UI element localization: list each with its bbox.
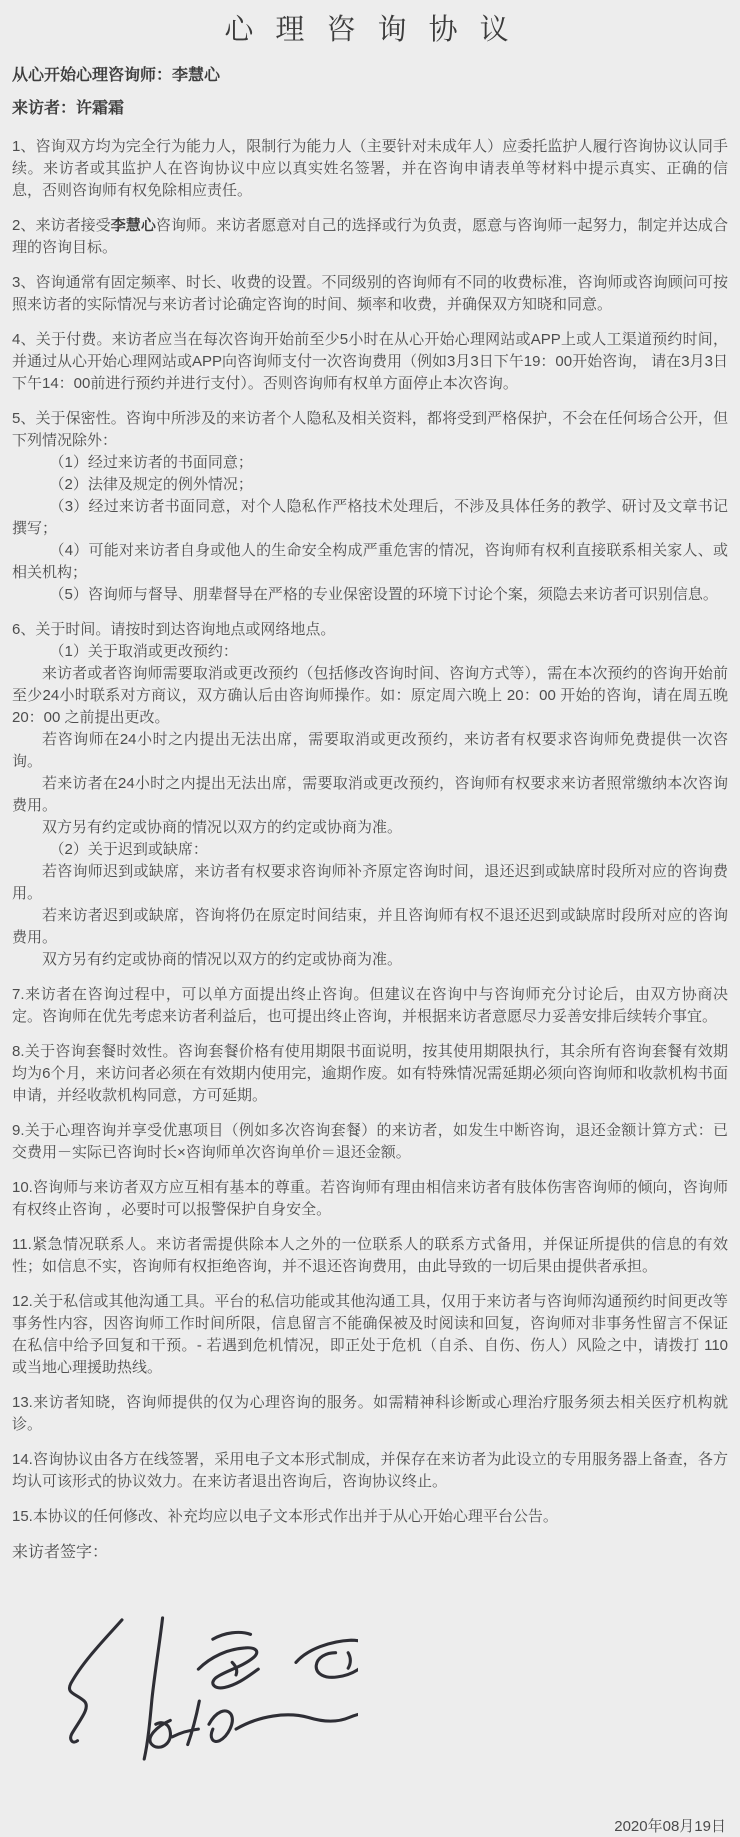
clause-5-item-4: （4）可能对来访者自身或他人的生命安全构成严重危害的情况，咨询师有权利直接联系相… <box>12 540 728 584</box>
counselor-line: 从心开始心理咨询师：李慧心 <box>12 66 728 86</box>
clause-8: 8.关于咨询套餐时效性。咨询套餐价格有使用期限书面说明，按其使用期限执行，其余所… <box>12 1041 728 1107</box>
signature-scribble-icon <box>58 1616 358 1761</box>
clause-10: 10.咨询师与来访者双方应互相有基本的尊重。若咨询师有理由相信来访者有肢体伤害咨… <box>12 1177 728 1221</box>
clause-5-item-2: （2）法律及规定的例外情况； <box>12 474 728 496</box>
clause-6-sub-2-detail-1: 若咨询师迟到或缺席，来访者有权要求咨询师补齐原定咨询时间，退还迟到或缺席时段所对… <box>12 861 728 905</box>
clause-1: 1、咨询双方均为完全行为能力人，限制行为能力人（主要针对未成年人）应委托监护人履… <box>12 136 728 202</box>
clause-6: 6、关于时间。请按时到达咨询地点或网络地点。 （1）关于取消或更改预约： 来访者… <box>12 619 728 971</box>
clause-5: 5、关于保密性。咨询中所涉及的来访者个人隐私及相关资料，都将受到严格保护，不会在… <box>12 408 728 606</box>
clause-5-intro: 5、关于保密性。咨询中所涉及的来访者个人隐私及相关资料，都将受到严格保护，不会在… <box>12 408 728 452</box>
clause-6-sub-1-detail-2: 若咨询师在24小时之内提出无法出席，需要取消或更改预约，来访者有权要求咨询师免费… <box>12 729 728 773</box>
clause-6-sub-2-detail-2: 若来访者迟到或缺席，咨询将仍在原定时间结束，并且咨询师有权不退还迟到或缺席时段所… <box>12 905 728 949</box>
clause-2-text-pre: 2、来访者接受 <box>12 217 111 234</box>
client-signature <box>58 1616 358 1761</box>
client-line: 来访者：许霜霜 <box>12 99 728 119</box>
clause-6-sub-2: （2）关于迟到或缺席： <box>12 839 728 861</box>
clause-7: 7.来访者在咨询过程中，可以单方面提出终止咨询。但建议在咨询中与咨询师充分讨论后… <box>12 984 728 1028</box>
clause-4: 4、关于付费。来访者应当在每次咨询开始前至少5小时在从心开始心理网站或APP上或… <box>12 329 728 395</box>
clause-14: 14.咨询协议由各方在线签署，采用电子文本形式制成，并保存在来访者为此设立的专用… <box>12 1449 728 1493</box>
document-title: 心 理 咨 询 协 议 <box>12 10 728 50</box>
clause-12: 12.关于私信或其他沟通工具。平台的私信功能或其他沟通工具，仅用于来访者与咨询师… <box>12 1291 728 1379</box>
clause-6-sub-1-detail-3: 若来访者在24小时之内提出无法出席，需要取消或更改预约，咨询师有权要求来访者照常… <box>12 773 728 817</box>
clause-3: 3、咨询通常有固定频率、时长、收费的设置。不同级别的咨询师有不同的收费标准，咨询… <box>12 272 728 316</box>
clause-13: 13.来访者知晓，咨询师提供的仅为心理咨询的服务。如需精神科诊断或心理治疗服务须… <box>12 1392 728 1436</box>
clause-5-item-1: （1）经过来访者的书面同意； <box>12 452 728 474</box>
clause-15: 15.本协议的任何修改、补充均应以电子文本形式作出并于从心开始心理平台公告。 <box>12 1506 728 1528</box>
clause-6-sub-1-detail-1: 来访者或者咨询师需要取消或更改预约（包括修改咨询时间、咨询方式等），需在本次预约… <box>12 663 728 729</box>
signature-label: 来访者签字： <box>12 1542 728 1564</box>
clause-9: 9.关于心理咨询并享受优惠项目（例如多次咨询套餐）的来访者，如发生中断咨询，退还… <box>12 1120 728 1164</box>
clause-6-sub-1: （1）关于取消或更改预约： <box>12 641 728 663</box>
agreement-document: 心 理 咨 询 协 议 从心开始心理咨询师：李慧心 来访者：许霜霜 1、咨询双方… <box>0 0 740 1837</box>
clause-2: 2、来访者接受李慧心咨询师。来访者愿意对自己的选择或行为负责，愿意与咨询师一起努… <box>12 215 728 259</box>
clause-6-sub-2-detail-3: 双方另有约定或协商的情况以双方的约定或协商为准。 <box>12 949 728 971</box>
clause-5-item-3: （3）经过来访者书面同意，对个人隐私作严格技术处理后，不涉及具体任务的教学、研讨… <box>12 496 728 540</box>
counselor-name-emphasis: 李慧心 <box>111 217 156 234</box>
clause-6-sub-1-detail-4: 双方另有约定或协商的情况以双方的约定或协商为准。 <box>12 817 728 839</box>
clause-11: 11.紧急情况联系人。来访者需提供除本人之外的一位联系人的联系方式备用，并保证所… <box>12 1234 728 1278</box>
clause-6-intro: 6、关于时间。请按时到达咨询地点或网络地点。 <box>12 619 728 641</box>
signature-date: 2020年08月19日 <box>12 1816 728 1837</box>
clause-5-item-5: （5）咨询师与督导、朋辈督导在严格的专业保密设置的环境下讨论个案，须隐去来访者可… <box>12 584 728 606</box>
